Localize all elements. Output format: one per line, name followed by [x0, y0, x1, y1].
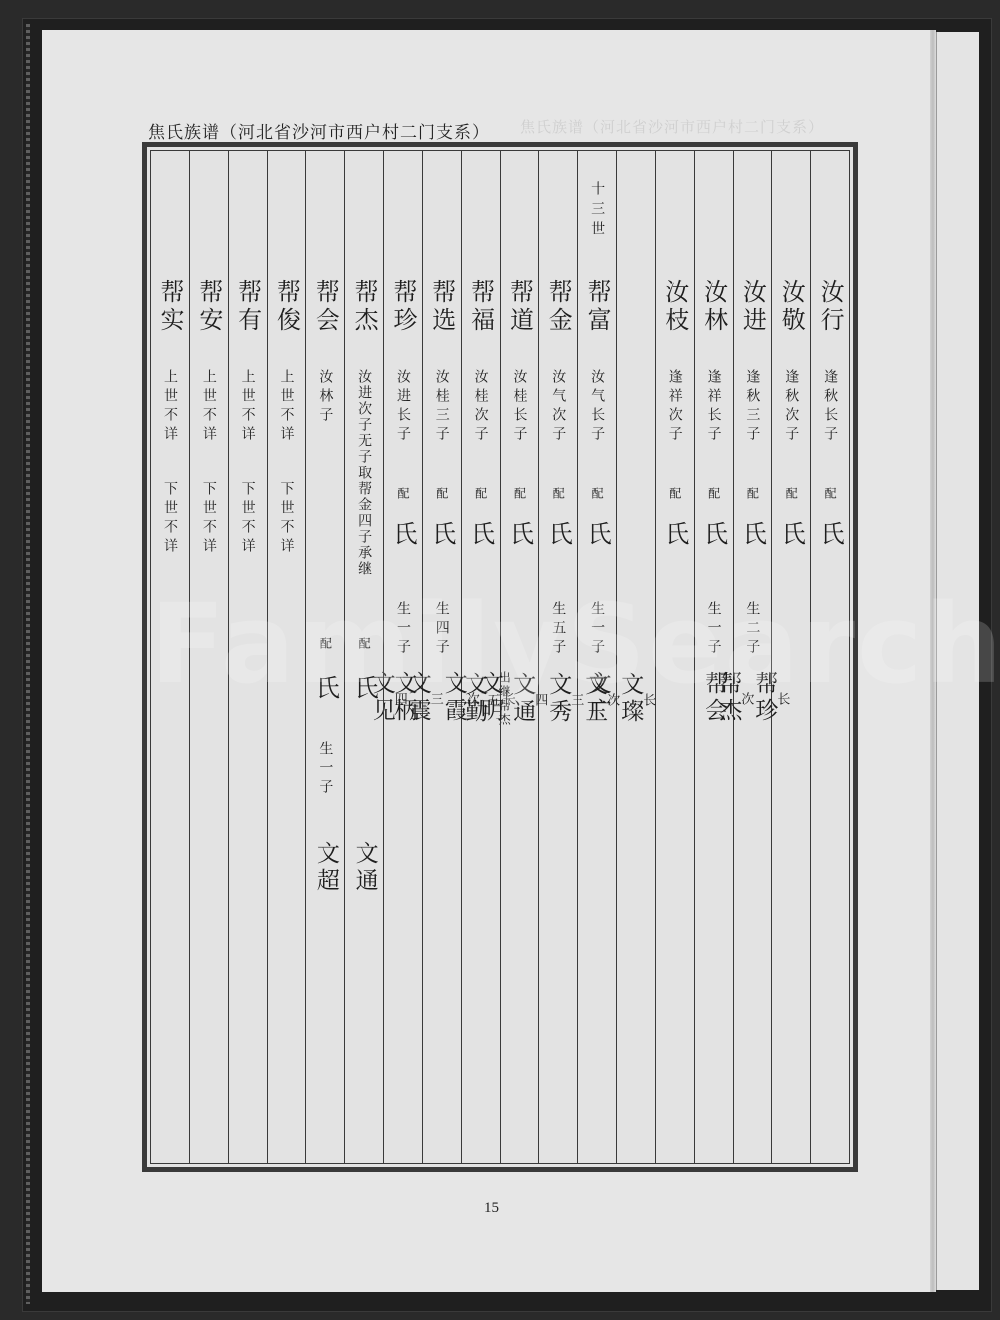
table-column: 帮安 上世不详 下世不详 [189, 151, 228, 1163]
person-name: 汝林 [702, 279, 726, 335]
person-name: 帮选 [430, 279, 454, 335]
person-name: 帮金 [546, 279, 570, 335]
child-name: 文明 [478, 671, 501, 725]
ancestry-unknown: 上世不详 [163, 369, 177, 445]
table-column: 十三世 帮富 汝气长子 配 氏 生一子 文广 [577, 151, 616, 1163]
child-entry: 长 文明 [478, 671, 514, 725]
child-entry: 长 文璨 [618, 672, 654, 726]
spouse: 氏 [352, 675, 376, 699]
spouse: 氏 [391, 521, 415, 545]
child-entry: 文超 [314, 841, 337, 895]
person-name: 帮有 [236, 279, 260, 335]
genealogy-table: 汝行 逢秋长子 配 氏 汝敬 逢秋次子 配 氏 汝进 逢秋三子 配 氏 生二子 … [150, 150, 850, 1164]
sons-count: 生二子 [745, 601, 759, 658]
person-origin: 汝气次子 [551, 369, 565, 445]
person-name: 帮珍 [391, 279, 415, 335]
table-column: 帮会 汝林子 配 氏 生一子 文超 [305, 151, 344, 1163]
child-name: 文通 [353, 841, 376, 895]
sons-count: 生五子 [551, 601, 565, 658]
table-column: 汝敬 逢秋次子 配 氏 [771, 151, 810, 1163]
spouse: 氏 [585, 521, 609, 545]
child-name: 文璨 [618, 672, 641, 726]
descendants-unknown: 下世不详 [279, 481, 293, 557]
child-name: 帮珍 [752, 671, 775, 725]
descendants-unknown: 下世不详 [241, 481, 255, 557]
person-name: 帮富 [585, 279, 609, 335]
table-column: 帮金 汝气次子 配 氏 生五子 长 文璨 次 文玉 三 文秀 四 [538, 151, 577, 1163]
spouse-label: 配 [319, 637, 331, 649]
spouse-label: 配 [475, 487, 487, 499]
child-name: 文柄 [391, 671, 414, 725]
person-name: 帮杰 [352, 279, 376, 335]
child-entry: 三 文秀 [546, 672, 582, 726]
child-name: 帮会 [702, 671, 725, 725]
spouse-label: 配 [397, 487, 409, 499]
table-column: 帮道 汝桂长子 配 氏 [500, 151, 539, 1163]
bleed-through-title: 焦氏族谱（河北省沙河市西户村二门支系） [520, 116, 824, 137]
person-name: 帮俊 [274, 279, 298, 335]
person-name: 帮会 [313, 279, 337, 335]
spouse-label: 配 [358, 637, 370, 649]
spouse: 氏 [430, 521, 454, 545]
children-list: 文通 [353, 841, 376, 905]
sons-count: 生一子 [318, 741, 332, 798]
child-entry: 次 文霞 [442, 671, 478, 725]
person-origin: 汝桂次子 [474, 369, 488, 445]
person-name: 汝敬 [779, 279, 803, 335]
person-name: 汝进 [740, 279, 764, 335]
spouse: 氏 [818, 521, 842, 545]
descendants-unknown: 下世不详 [163, 481, 177, 557]
table-column: 汝林 逢祥长子 配 氏 生一子 帮会 [694, 151, 733, 1163]
children-list: 帮会 [702, 671, 725, 735]
page-number: 15 [484, 1200, 499, 1217]
ancestry-unknown: 上世不详 [241, 369, 255, 445]
children-list: 文超 [314, 841, 337, 905]
child-entry: 帮会 [702, 671, 725, 725]
person-origin: 逢祥长子 [707, 369, 721, 445]
person-name: 帮福 [469, 279, 493, 335]
sons-count: 生四子 [435, 601, 449, 658]
person-origin: 逢秋长子 [823, 369, 837, 445]
spouse-label: 配 [824, 487, 836, 499]
next-page-edge [936, 32, 979, 1290]
sons-count: 生一子 [396, 601, 410, 658]
table-column: 帮俊 上世不详 下世不详 [267, 151, 306, 1163]
table-column: 汝枝 逢祥次子 配 氏 [655, 151, 694, 1163]
person-origin: 逢秋三子 [745, 369, 759, 445]
child-name: 文秀 [546, 672, 569, 726]
person-origin: 逢秋次子 [784, 369, 798, 445]
child-name: 文超 [314, 841, 337, 895]
person-name: 汝枝 [663, 279, 687, 335]
generation-label: 十三世 [590, 181, 604, 241]
child-name: 文玉 [582, 672, 605, 726]
spouse: 氏 [663, 521, 687, 545]
table-column: 帮有 上世不详 下世不详 [228, 151, 267, 1163]
table-column: 帮选 汝桂三子 配 氏 生四子 长 文明 次 文霞 三 文震 四 [422, 151, 461, 1163]
page-title: 焦氏族谱（河北省沙河市西户村二门支系） [148, 118, 490, 143]
child-name: 文霞 [442, 671, 465, 725]
person-name: 帮实 [158, 279, 182, 335]
spouse: 氏 [779, 521, 803, 545]
table-column: 帮珍 汝进长子 配 氏 生一子 文柄 [383, 151, 422, 1163]
spouse-label: 配 [591, 487, 603, 499]
spouse-label: 配 [708, 487, 720, 499]
person-origin: 汝林子 [318, 369, 332, 426]
person-origin: 汝桂三子 [435, 369, 449, 445]
table-column: 帮杰 汝进次子无子取帮金四子承继 配 氏 文通 [344, 151, 383, 1163]
descendants-unknown: 下世不详 [202, 481, 216, 557]
sons-count: 生一子 [590, 601, 604, 658]
spouse-label: 配 [669, 487, 681, 499]
spouse: 氏 [469, 521, 493, 545]
spouse: 氏 [740, 521, 764, 545]
spouse: 氏 [546, 521, 570, 545]
child-entry: 次 文玉 [582, 672, 618, 726]
sons-count: 生一子 [707, 601, 721, 658]
child-entry: 文通 [353, 841, 376, 895]
spouse: 氏 [507, 521, 531, 545]
ancestry-unknown: 上世不详 [202, 369, 216, 445]
table-column: 汝进 逢秋三子 配 氏 生二子 长 帮珍 次 帮杰 [733, 151, 772, 1163]
book-cover-edge [26, 24, 30, 1304]
table-column: 帮实 上世不详 下世不详 [151, 151, 189, 1163]
person-origin: 汝进长子 [396, 369, 410, 445]
spouse: 氏 [313, 675, 337, 699]
person-origin: 逢祥次子 [668, 369, 682, 445]
empty-column [616, 151, 655, 1163]
child-entry: 文柄 [391, 671, 414, 725]
person-origin: 汝气长子 [590, 369, 604, 445]
spouse-label: 配 [785, 487, 797, 499]
person-origin: 汝桂长子 [512, 369, 526, 445]
child-entry: 长 帮珍 [752, 671, 788, 725]
table-column: 帮福 汝桂次子 配 氏 [461, 151, 500, 1163]
spouse-label: 配 [436, 487, 448, 499]
spouse: 氏 [702, 521, 726, 545]
children-list: 文柄 [391, 671, 414, 735]
person-name: 帮道 [507, 279, 531, 335]
spouse-label: 配 [513, 487, 525, 499]
person-origin: 汝进次子无子取帮金四子承继 [357, 369, 371, 577]
ancestry-unknown: 上世不详 [279, 369, 293, 445]
person-name: 汝行 [818, 279, 842, 335]
spouse-label: 配 [746, 487, 758, 499]
person-name: 帮安 [197, 279, 221, 335]
table-column: 汝行 逢秋长子 配 氏 [810, 151, 849, 1163]
genealogy-table-frame: 汝行 逢秋长子 配 氏 汝敬 逢秋次子 配 氏 汝进 逢秋三子 配 氏 生二子 … [142, 142, 858, 1172]
spouse-label: 配 [552, 487, 564, 499]
